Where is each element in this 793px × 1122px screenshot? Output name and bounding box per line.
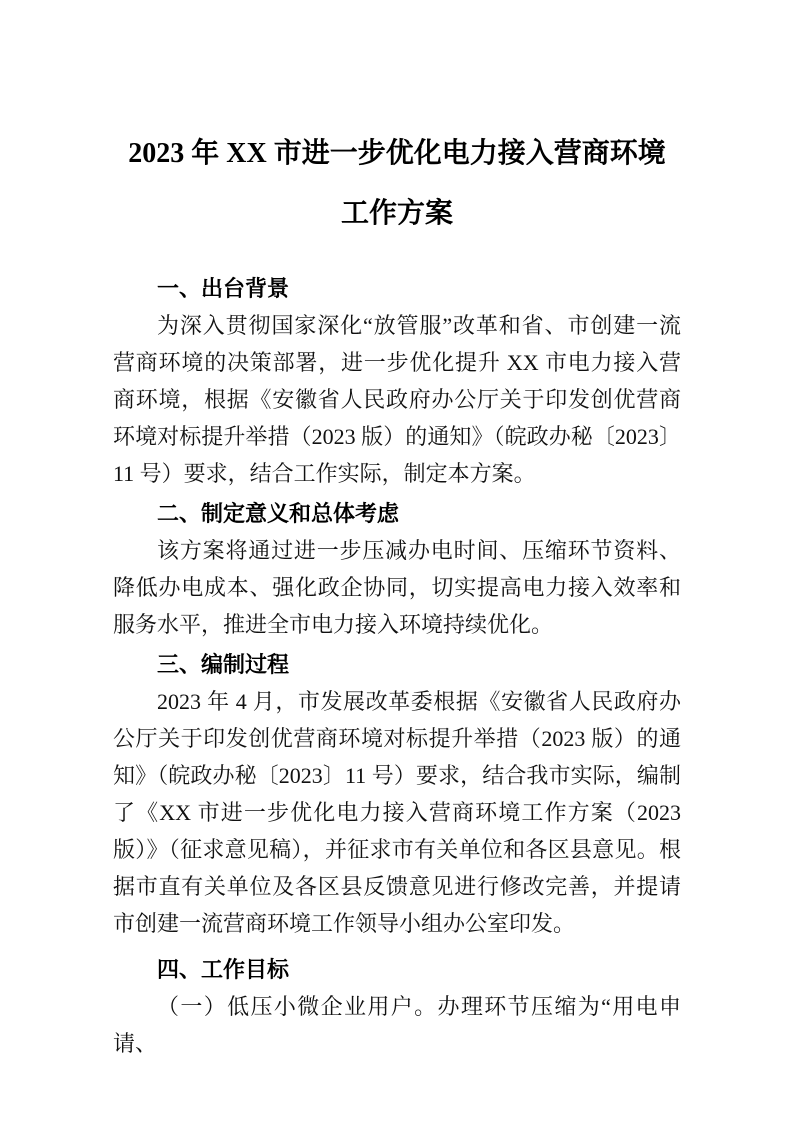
document-body: 一、出台背景 为深入贯彻国家深化“放管服”改革和省、市创建一流营商环境的决策部署… <box>113 270 681 1062</box>
document-title-line1: 2023 年 XX 市进一步优化电力接入营商环境 <box>113 124 681 184</box>
section-drafting-process: 三、编制过程 2023 年 4 月，市发展改革委根据《安徽省人民政府办公厅关于印… <box>113 646 681 942</box>
section-background: 一、出台背景 为深入贯彻国家深化“放管服”改革和省、市创建一流营商环境的决策部署… <box>113 270 681 492</box>
paragraph-significance: 该方案将通过进一步压减办电时间、压缩环节资料、降低办电成本、强化政企协同，切实提… <box>113 532 681 643</box>
section-heading-drafting-process: 三、编制过程 <box>113 646 681 683</box>
paragraph-work-goals: （一）低压小微企业用户。办理环节压缩为“用电申请、 <box>113 988 681 1062</box>
section-heading-significance: 二、制定意义和总体考虑 <box>113 495 681 532</box>
page-content: 2023 年 XX 市进一步优化电力接入营商环境 工作方案 一、出台背景 为深入… <box>0 124 793 1062</box>
document-title-line2: 工作方案 <box>113 184 681 244</box>
section-significance: 二、制定意义和总体考虑 该方案将通过进一步压减办电时间、压缩环节资料、降低办电成… <box>113 495 681 643</box>
paragraph-drafting-process: 2023 年 4 月，市发展改革委根据《安徽省人民政府办公厅关于印发创优营商环境… <box>113 683 681 942</box>
section-heading-background: 一、出台背景 <box>113 270 681 307</box>
section-work-goals: 四、工作目标 （一）低压小微企业用户。办理环节压缩为“用电申请、 <box>113 951 681 1062</box>
document-page: 2023 年 XX 市进一步优化电力接入营商环境 工作方案 一、出台背景 为深入… <box>0 0 793 1122</box>
section-heading-work-goals: 四、工作目标 <box>113 951 681 988</box>
paragraph-background: 为深入贯彻国家深化“放管服”改革和省、市创建一流营商环境的决策部署，进一步优化提… <box>113 307 681 492</box>
document-title: 2023 年 XX 市进一步优化电力接入营商环境 工作方案 <box>113 124 681 244</box>
